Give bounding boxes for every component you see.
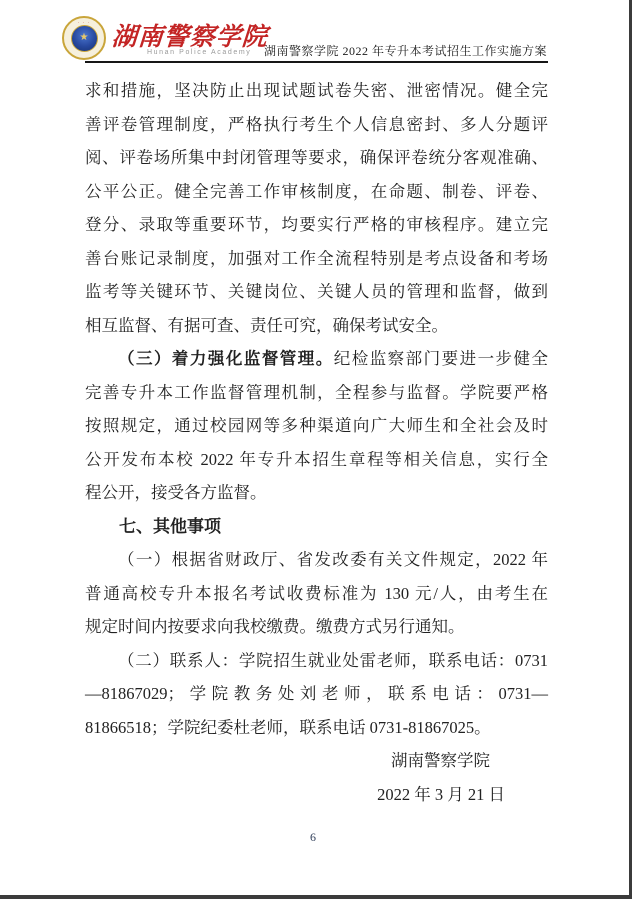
p2-lead-rest: 纪检监察部门要进一步健全 <box>334 349 548 368</box>
badge-ring-marks: · · · <box>78 21 91 26</box>
p1-line-6: 善台账记录制度，加强对工作全流程特别是考点设备和考场 <box>85 242 548 276</box>
p4-line-3: 规定时间内按要求向我校缴费。缴费方式另行通知。 <box>85 610 548 644</box>
p1-line-5: 登分、录取等重要环节，均要实行严格的审核程序。建立完 <box>85 208 548 242</box>
p4-line-1: （一）根据省财政厅、省发改委有关文件规定，2022 年 <box>85 543 548 577</box>
p2-line-2: 完善专升本工作监督管理机制，全程参与监督。学院要严格 <box>85 376 548 410</box>
badge-emblem-icon: ★ <box>71 25 98 52</box>
p1-line-7: 监考等关键环节、关键岗位、关键人员的管理和监督，做到 <box>85 275 548 309</box>
document-page: · · · ★ 湖南警察学院 Hunan Police Academy 湖南警察… <box>0 0 632 899</box>
p1-line-1: 求和措施，坚决防止出现试题试卷失密、泄密情况。健全完 <box>85 74 548 108</box>
document-header-title: 湖南警察学院 2022 年专升本考试招生工作实施方案 <box>264 42 547 59</box>
p4-line-2: 普通高校专升本报名考试收费标准为 130 元/人，由考生在 <box>85 577 548 611</box>
signature-org: 湖南警察学院 <box>85 744 548 778</box>
header-divider <box>85 61 548 63</box>
p1-line-8: 相互监督、有据可查、责任可究，确保考试安全。 <box>85 309 548 343</box>
section-7-heading: 七、其他事项 <box>85 510 548 544</box>
badge-star-icon: ★ <box>80 33 89 43</box>
page-number: 6 <box>0 830 626 845</box>
logo-name-english: Hunan Police Academy <box>147 49 251 56</box>
document-body: 求和措施，坚决防止出现试题试卷失密、泄密情况。健全完 善评卷管理制度，严格执行考… <box>85 74 548 811</box>
p5-line-1: （二）联系人：学院招生就业处雷老师，联系电话：0731 <box>85 644 548 678</box>
p2-bold-lead: （三）着力强化监督管理。 <box>118 349 334 368</box>
p2-line-3: 按照规定，通过校园网等多种渠道向广大师生和全社会及时 <box>85 409 548 443</box>
p1-line-2: 善评卷管理制度，严格执行考生个人信息密封、多人分题评 <box>85 108 548 142</box>
signature-date: 2022 年 3 月 21 日 <box>85 778 548 812</box>
p5-line-2: —81867029；学院教务处刘老师，联系电话：0731— <box>85 677 548 711</box>
logo-name-chinese: 湖南警察学院 <box>111 17 270 53</box>
p5-line-3: 81866518；学院纪委杜老师，联系电话 0731-81867025。 <box>85 711 548 745</box>
p2-line-1: （三）着力强化监督管理。纪检监察部门要进一步健全 <box>85 342 548 376</box>
p1-line-3: 阅、评卷场所集中封闭管理等要求，确保评卷统分客观准确、 <box>85 141 548 175</box>
p2-line-5: 程公开，接受各方监督。 <box>85 476 548 510</box>
police-badge-icon: · · · ★ <box>62 16 106 60</box>
p2-line-4: 公开发布本校 2022 年专升本招生章程等相关信息，实行全 <box>85 443 548 477</box>
p1-line-4: 公平公正。健全完善工作审核制度，在命题、制卷、评卷、 <box>85 175 548 209</box>
